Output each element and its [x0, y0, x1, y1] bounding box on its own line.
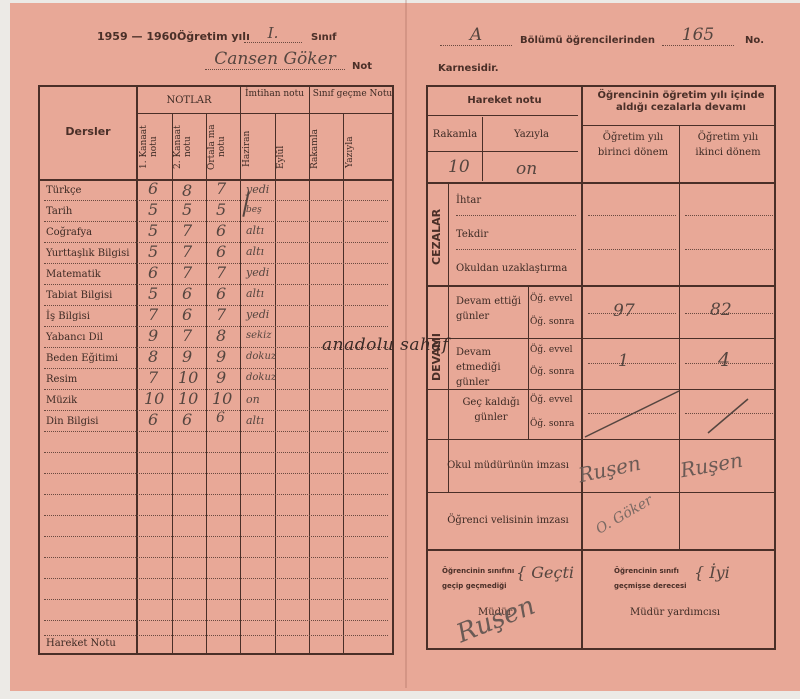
attended-term1: 97 — [613, 301, 635, 321]
col-kanaat-1: 1. Kanaat notu — [140, 117, 170, 177]
og-sonra-label: Öğ. sonra — [530, 317, 574, 327]
ihtar-label: İhtar — [456, 195, 481, 206]
mudur-yardimcisi-label: Müdür yardımcısı — [630, 607, 720, 618]
student-number: 165 — [662, 25, 734, 46]
og-evvel-label: Öğ. evvel — [530, 395, 573, 405]
grades-table: Dersler NOTLAR İmtihan notu Sınıf geçme … — [38, 85, 394, 655]
degree-label: Öğrencinin sınıfıgeçmişse derecesi — [614, 564, 687, 595]
principal-signature-label: Okul müdürünün imzası — [438, 460, 578, 471]
conduct-value-word: on — [516, 159, 537, 179]
conduct-col-rakamla: Rakamla — [428, 129, 482, 140]
year-range: 1959 — 1960Öğretim yılı — [97, 30, 250, 43]
col-eylul: Eylül — [277, 137, 307, 177]
col-imtihan: İmtihan notu — [240, 89, 309, 99]
principal-signature-term1: Ruşen — [576, 451, 643, 488]
number-label: No. — [745, 35, 764, 46]
section-label: Bölümü öğrencilerinden — [520, 35, 655, 46]
og-sonra-label: Öğ. sonra — [530, 419, 574, 429]
og-sonra-label: Öğ. sonra — [530, 367, 574, 377]
cezalar-label: CEZALAR — [430, 197, 446, 277]
section-value: A — [440, 25, 512, 46]
gec-kaldigi-label: Geç kaldığı günler — [456, 395, 526, 425]
attended-term2: 82 — [710, 300, 732, 320]
og-evvel-label: Öğ. evvel — [530, 345, 573, 355]
student-name: Cansen Göker — [205, 49, 345, 70]
col-haziran: Haziran — [243, 121, 273, 177]
conduct-value-number: 10 — [448, 157, 470, 177]
parent-signature: O. Göker — [593, 492, 655, 537]
devami-label: DEVAMI — [430, 317, 446, 397]
watermark: anadolu sahaf — [322, 335, 449, 355]
term1-label: Öğretim yılı birinci dönem — [588, 131, 678, 160]
absent-term2: 4 — [718, 349, 730, 371]
col-rakamla: Rakamla — [311, 121, 341, 177]
not-label: Not — [352, 61, 372, 72]
uzaklastirma-label: Okuldan uzaklaştırma — [456, 263, 567, 274]
passed-label: Öğrencinin sınıfınıgeçip geçmediği — [442, 564, 514, 595]
col-kanaat-2: 2. Kanaat notu — [174, 117, 204, 177]
conduct-title: Hareket notu — [428, 95, 581, 106]
col-dersler: Dersler — [40, 125, 136, 138]
strike-lines — [583, 389, 778, 441]
col-sinif-gecme: Sınıf geçme Notu — [309, 89, 396, 99]
devam-ettigi-label: Devam ettiği günler — [456, 294, 526, 324]
tekdir-label: Tekdir — [456, 229, 488, 240]
devam-etmedigi-label: Devam etmediği günler — [456, 345, 526, 390]
absent-term1: 1 — [618, 351, 629, 371]
footer-hareket-notu: Hareket Notu — [46, 638, 116, 649]
degree-value: { İyi — [694, 563, 730, 582]
col-notlar: NOTLAR — [138, 95, 240, 106]
conduct-attendance-table: Hareket notu Öğrencinin öğretim yılı içi… — [426, 85, 776, 650]
parent-signature-label: Öğrenci velisinin imzası — [438, 515, 578, 526]
conduct-col-yaziyla: Yazıyla — [482, 129, 581, 140]
karnesidir-label: Karnesidir. — [438, 63, 499, 74]
principal-signature-term2: Ruşen — [678, 448, 744, 483]
class-value: I. — [244, 24, 302, 43]
col-ortalama: Ortala ma notu — [208, 117, 238, 177]
attendance-title: Öğrencinin öğretim yılı içinde aldığı ce… — [588, 90, 774, 114]
class-label: Sınıf — [311, 32, 337, 43]
term2-label: Öğretim yılı ikinci dönem — [683, 131, 773, 160]
og-evvel-label: Öğ. evvel — [530, 294, 573, 304]
col-yaziyla: Yazıyla — [346, 127, 394, 177]
passed-value: { Geçti — [516, 563, 574, 582]
